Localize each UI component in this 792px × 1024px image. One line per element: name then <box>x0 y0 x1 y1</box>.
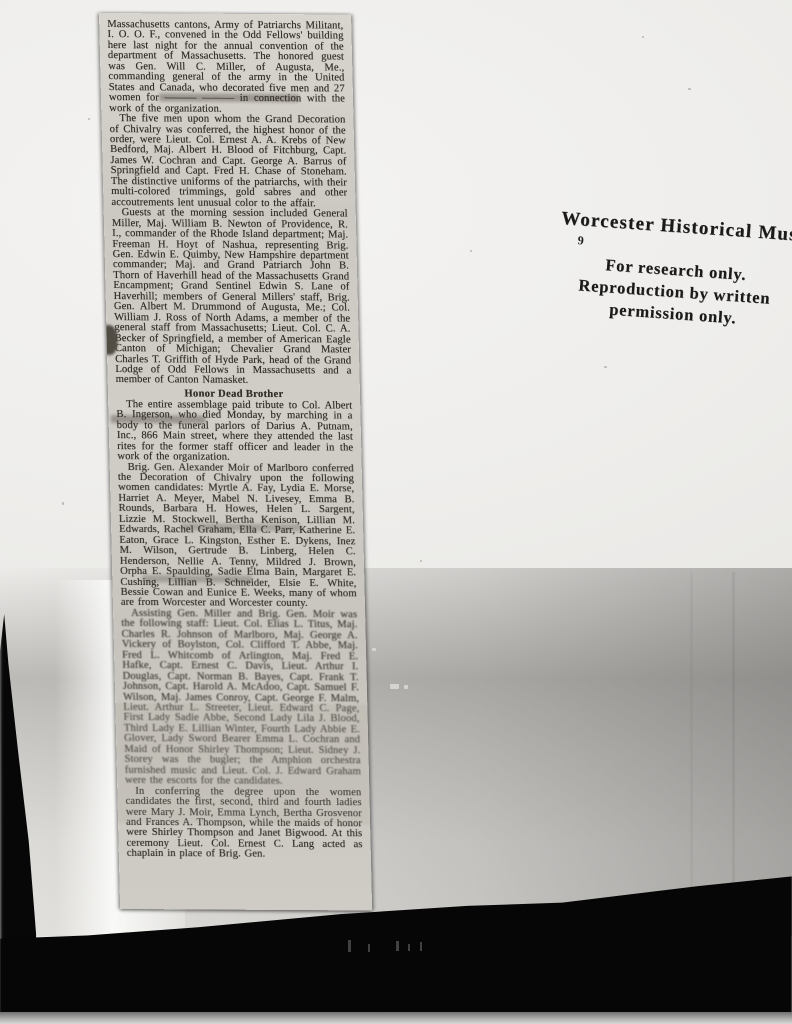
scan-artifact-speck <box>390 684 399 689</box>
dust-speck <box>420 560 422 562</box>
dust-speck <box>642 36 644 38</box>
ink-smudge <box>159 93 299 102</box>
scan-bottom-edge <box>0 1012 792 1024</box>
clipping-paragraph: The entire assemblage paid tribute to Co… <box>116 400 354 464</box>
scan-artifact-dash <box>348 940 351 952</box>
clipping-paragraph: Guests at the morning session included G… <box>112 208 352 387</box>
clipping-paragraph: Brig. Gen. Alexander Moir of Marlboro co… <box>118 463 357 611</box>
dust-speck <box>688 88 691 90</box>
newspaper-clipping: Massachusetts cantons, Army of Patriarch… <box>99 13 372 911</box>
scan-artifact-speck <box>372 648 376 651</box>
ink-smudge <box>110 415 205 424</box>
scan-streak <box>690 572 693 902</box>
scan-artifact-dash <box>420 942 422 951</box>
dust-speck <box>62 502 64 505</box>
scan-blur-wash <box>115 703 370 825</box>
scan-artifact-speck <box>404 685 408 689</box>
dust-speck <box>470 250 472 252</box>
ink-smudge <box>142 575 252 583</box>
scan-streak <box>732 572 735 902</box>
dust-speck <box>604 366 607 368</box>
museum-stamp: Worcester Historical Museu 9 For researc… <box>554 208 792 333</box>
dust-speck <box>88 118 90 120</box>
scan-artifact-dash <box>368 944 370 952</box>
scan-artifact-dash <box>408 944 410 951</box>
scan-artifact-dash <box>396 941 399 951</box>
clipping-paragraph: The five men upon whom the Grand Decorat… <box>109 114 347 210</box>
ink-smudge <box>181 523 301 531</box>
